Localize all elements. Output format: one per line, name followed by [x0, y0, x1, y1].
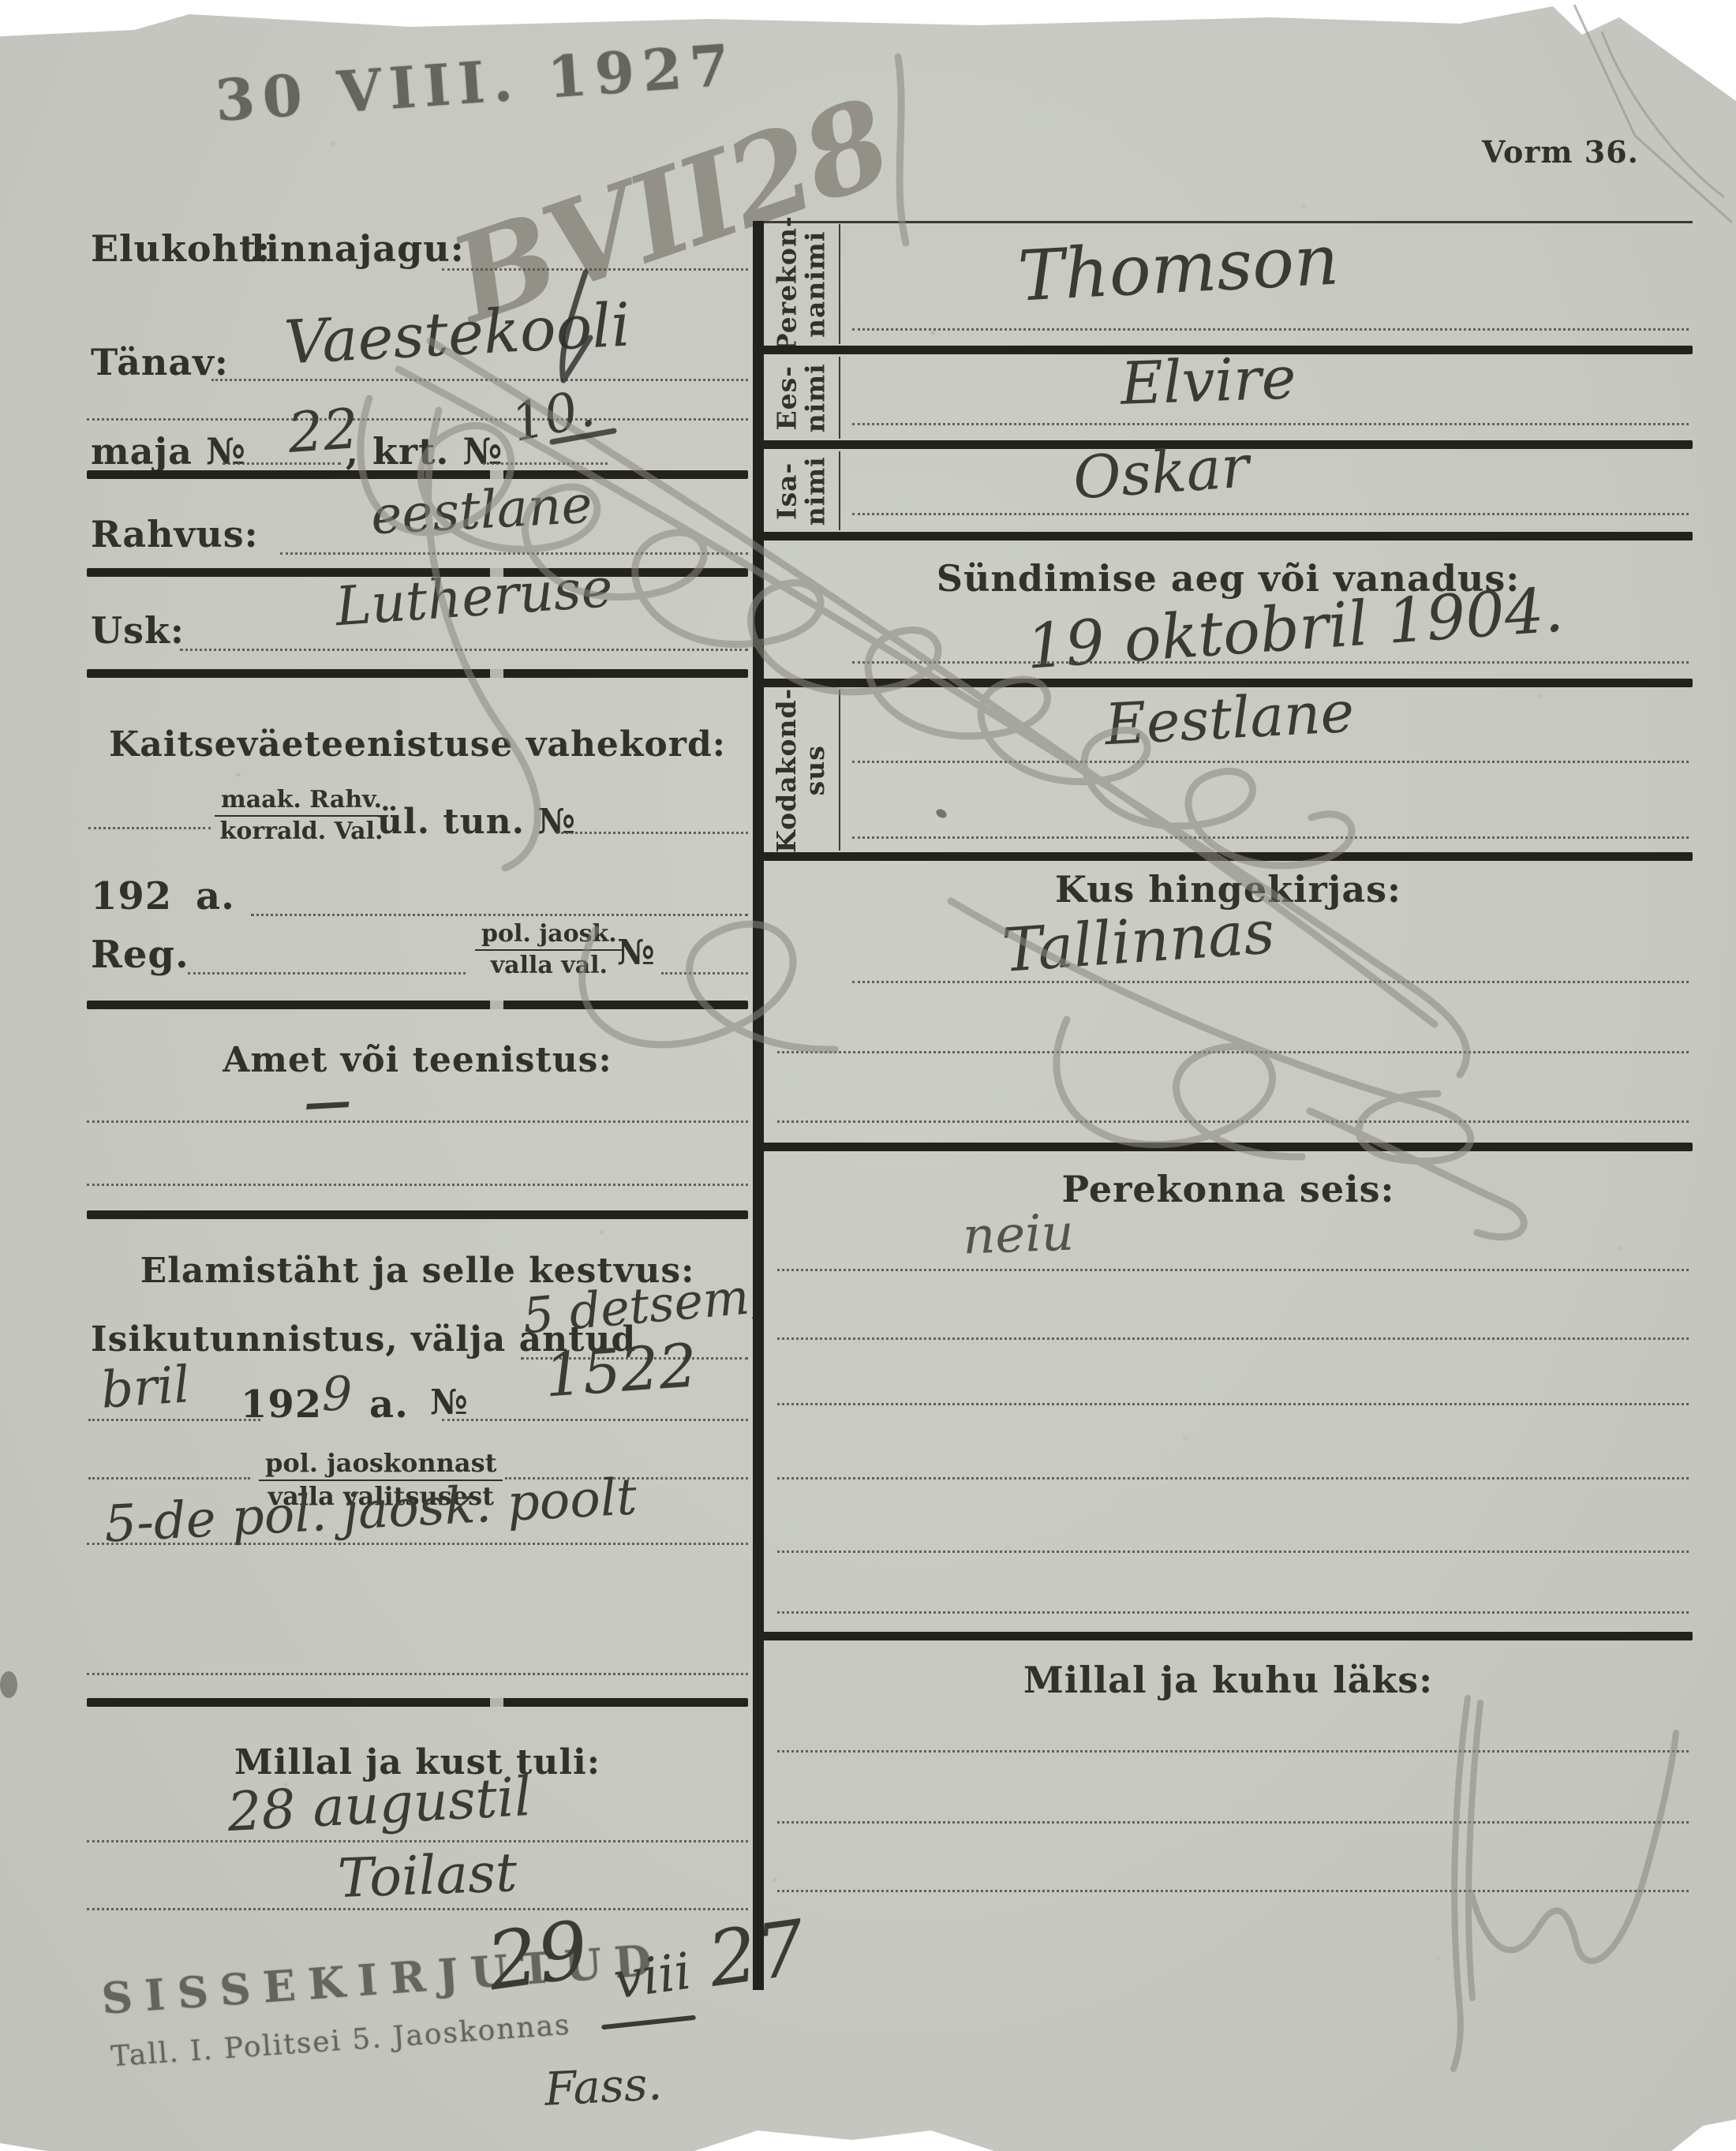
- hingekirjas-dotted1: [852, 981, 1689, 983]
- isanimi-label: Isa-nimi: [764, 451, 840, 530]
- seis-dotted5: [777, 1551, 1689, 1553]
- year-a-label: a.: [196, 874, 235, 918]
- label-line: Ees-: [773, 363, 802, 432]
- laks-dotted1: [777, 1750, 1689, 1753]
- reg-dotted-line: [188, 972, 466, 974]
- tuli-dotted-line1: [87, 1840, 748, 1842]
- maja-label: maja №: [91, 430, 246, 473]
- krt-dotted-line: [483, 462, 608, 465]
- year-192-label: 192: [91, 874, 172, 918]
- fraction-bottom: korrald. Val.: [215, 817, 388, 844]
- krt-value: 10.: [506, 377, 600, 454]
- label-line: Isa-: [773, 456, 802, 526]
- registration-date-month: viii: [610, 1943, 694, 2011]
- perekonnanimi-value: Thomson: [1016, 219, 1341, 316]
- isiku-year-written: 9: [322, 1367, 352, 1422]
- isiku-a-label: a.: [369, 1382, 409, 1427]
- perekonnanimi-label: Perekon-nanimi: [764, 224, 840, 344]
- rahvus-value: eestlane: [369, 474, 593, 547]
- label-cell-rule: [839, 357, 840, 439]
- maak-rahv-fraction: maak. Rahv. korrald. Val.: [215, 787, 388, 844]
- label-line: nimi: [802, 456, 830, 526]
- usk-dotted-line: [180, 649, 748, 651]
- address-dotted-line2: [87, 418, 748, 421]
- tanav-dotted-line: [211, 379, 748, 381]
- maja-dotted-line: [223, 462, 341, 465]
- ul-tun-label: ül. tun. №: [377, 802, 576, 842]
- section-divider: [87, 1210, 748, 1219]
- label-cell-rule: [839, 690, 840, 851]
- kodakondsus-label: Kodakond-sus: [764, 690, 840, 851]
- krt-label: , krt. №: [346, 430, 503, 473]
- kodakondsus-value: Eestlane: [1103, 679, 1356, 758]
- fass-note: Fass.: [543, 2056, 663, 2116]
- isanimi-dotted: [852, 513, 1689, 515]
- ul-tun-dotted-line: [556, 832, 748, 834]
- isikutunnistus-date-value2: bril: [99, 1356, 192, 1420]
- pre-bar-dotted-line: [87, 1673, 748, 1675]
- paper-texture: [0, 0, 3, 3]
- date-underline: [601, 2015, 696, 2030]
- amet-header: Amet või teenistus:: [87, 1040, 748, 1080]
- usk-label: Usk:: [91, 609, 185, 652]
- seis-dotted6: [777, 1611, 1689, 1614]
- kodakondsus-dotted2: [852, 836, 1689, 839]
- kodakondsus-dotted1: [852, 761, 1689, 763]
- linnajagu-dotted-line: [442, 268, 748, 271]
- millal-tuli-value2: Toilast: [337, 1842, 518, 1910]
- eesnimi-label: Ees-nimi: [764, 357, 840, 439]
- tanav-value: Vaestekooli: [282, 290, 632, 378]
- rahvus-label: Rahvus:: [91, 513, 259, 556]
- label-cell-rule: [839, 451, 840, 530]
- laks-dotted3: [777, 1890, 1689, 1892]
- section-divider: [87, 1001, 748, 1009]
- reg-no-sign: №: [617, 933, 656, 973]
- year-dotted-line: [251, 914, 748, 916]
- seis-dotted1: [777, 1269, 1689, 1271]
- registration-date-day: 29: [481, 1903, 593, 2009]
- perekonnaseis-header: Perekonna seis:: [764, 1168, 1693, 1210]
- seis-dotted4: [777, 1477, 1689, 1480]
- paper-sheet: 30 VIII. 1927 BVII28 Vorm 36. Elukoht: l…: [0, 0, 1736, 2151]
- date-stamp-top: 30 VIII. 1927: [213, 31, 739, 134]
- label-line: Kodakond-: [773, 687, 802, 852]
- label-line: Perekon-: [773, 215, 802, 353]
- perekonnanimi-dotted: [852, 328, 1689, 331]
- reg-label: Reg.: [91, 933, 189, 977]
- section-divider: [87, 1698, 748, 1707]
- label-line: sus: [802, 687, 830, 852]
- amet-dotted-line1: [87, 1120, 748, 1123]
- label-cell-rule: [839, 224, 840, 344]
- linnajagu-label: linnajagu:: [251, 227, 465, 270]
- right-top-rule: [764, 221, 1693, 223]
- kaitse-header: Kaitseväeteenistuse vahekord:: [87, 724, 748, 765]
- kaitse-dotted-left: [88, 827, 211, 829]
- isiku-no-value: 1522: [542, 1330, 699, 1410]
- form-number: Vorm 36.: [1482, 134, 1639, 170]
- section-divider: [87, 669, 748, 678]
- section-divider: [87, 470, 748, 479]
- row-divider: [753, 852, 1693, 861]
- hingekirjas-dotted3: [777, 1120, 1689, 1123]
- isiku-dotted-right: [442, 1419, 748, 1421]
- row-divider: [753, 1632, 1693, 1640]
- fraction-bottom: valla val.: [475, 951, 623, 978]
- label-line: nanimi: [802, 215, 830, 353]
- reg-no-dotted-line: [661, 972, 748, 974]
- eesnimi-value: Elvire: [1120, 344, 1297, 418]
- isiku-dotted-left: [88, 1419, 260, 1421]
- sundimise-dotted: [852, 661, 1689, 664]
- scanned-registration-card: 30 VIII. 1927 BVII28 Vorm 36. Elukoht: l…: [0, 0, 1736, 2151]
- eesnimi-dotted: [852, 423, 1689, 425]
- row-divider: [753, 532, 1693, 541]
- tuli-dotted-line2: [87, 1908, 748, 1910]
- elukoht-label: Elukoht:: [91, 227, 271, 270]
- seis-dotted2: [777, 1337, 1689, 1340]
- label-line: nimi: [802, 363, 830, 432]
- hingekirjas-dotted2: [777, 1051, 1689, 1053]
- column-divider: [753, 221, 764, 1990]
- ink-speck: [934, 807, 948, 820]
- isanimi-value: Oskar: [1071, 432, 1251, 512]
- laks-dotted2: [777, 1821, 1689, 1824]
- fraction-top: pol. jaosk.: [475, 922, 623, 951]
- pol-jaosk-fraction: pol. jaosk. valla val.: [475, 922, 623, 978]
- isiku-no-sign: №: [430, 1382, 469, 1423]
- seis-dotted3: [777, 1403, 1689, 1405]
- amet-dotted-line2: [87, 1184, 748, 1186]
- tanav-label: Tänav:: [91, 341, 229, 383]
- row-divider: [753, 1143, 1693, 1151]
- jaoskonnast-dotted-left: [88, 1477, 250, 1480]
- perekonnaseis-value: neiu: [962, 1204, 1075, 1266]
- issued-dotted-line: [87, 1543, 748, 1545]
- fraction-top: maak. Rahv.: [215, 787, 388, 817]
- kuhu-laks-header: Millal ja kuhu läks:: [764, 1659, 1693, 1701]
- rahvus-dotted-line: [280, 552, 748, 555]
- ink-blot: [0, 1671, 17, 1698]
